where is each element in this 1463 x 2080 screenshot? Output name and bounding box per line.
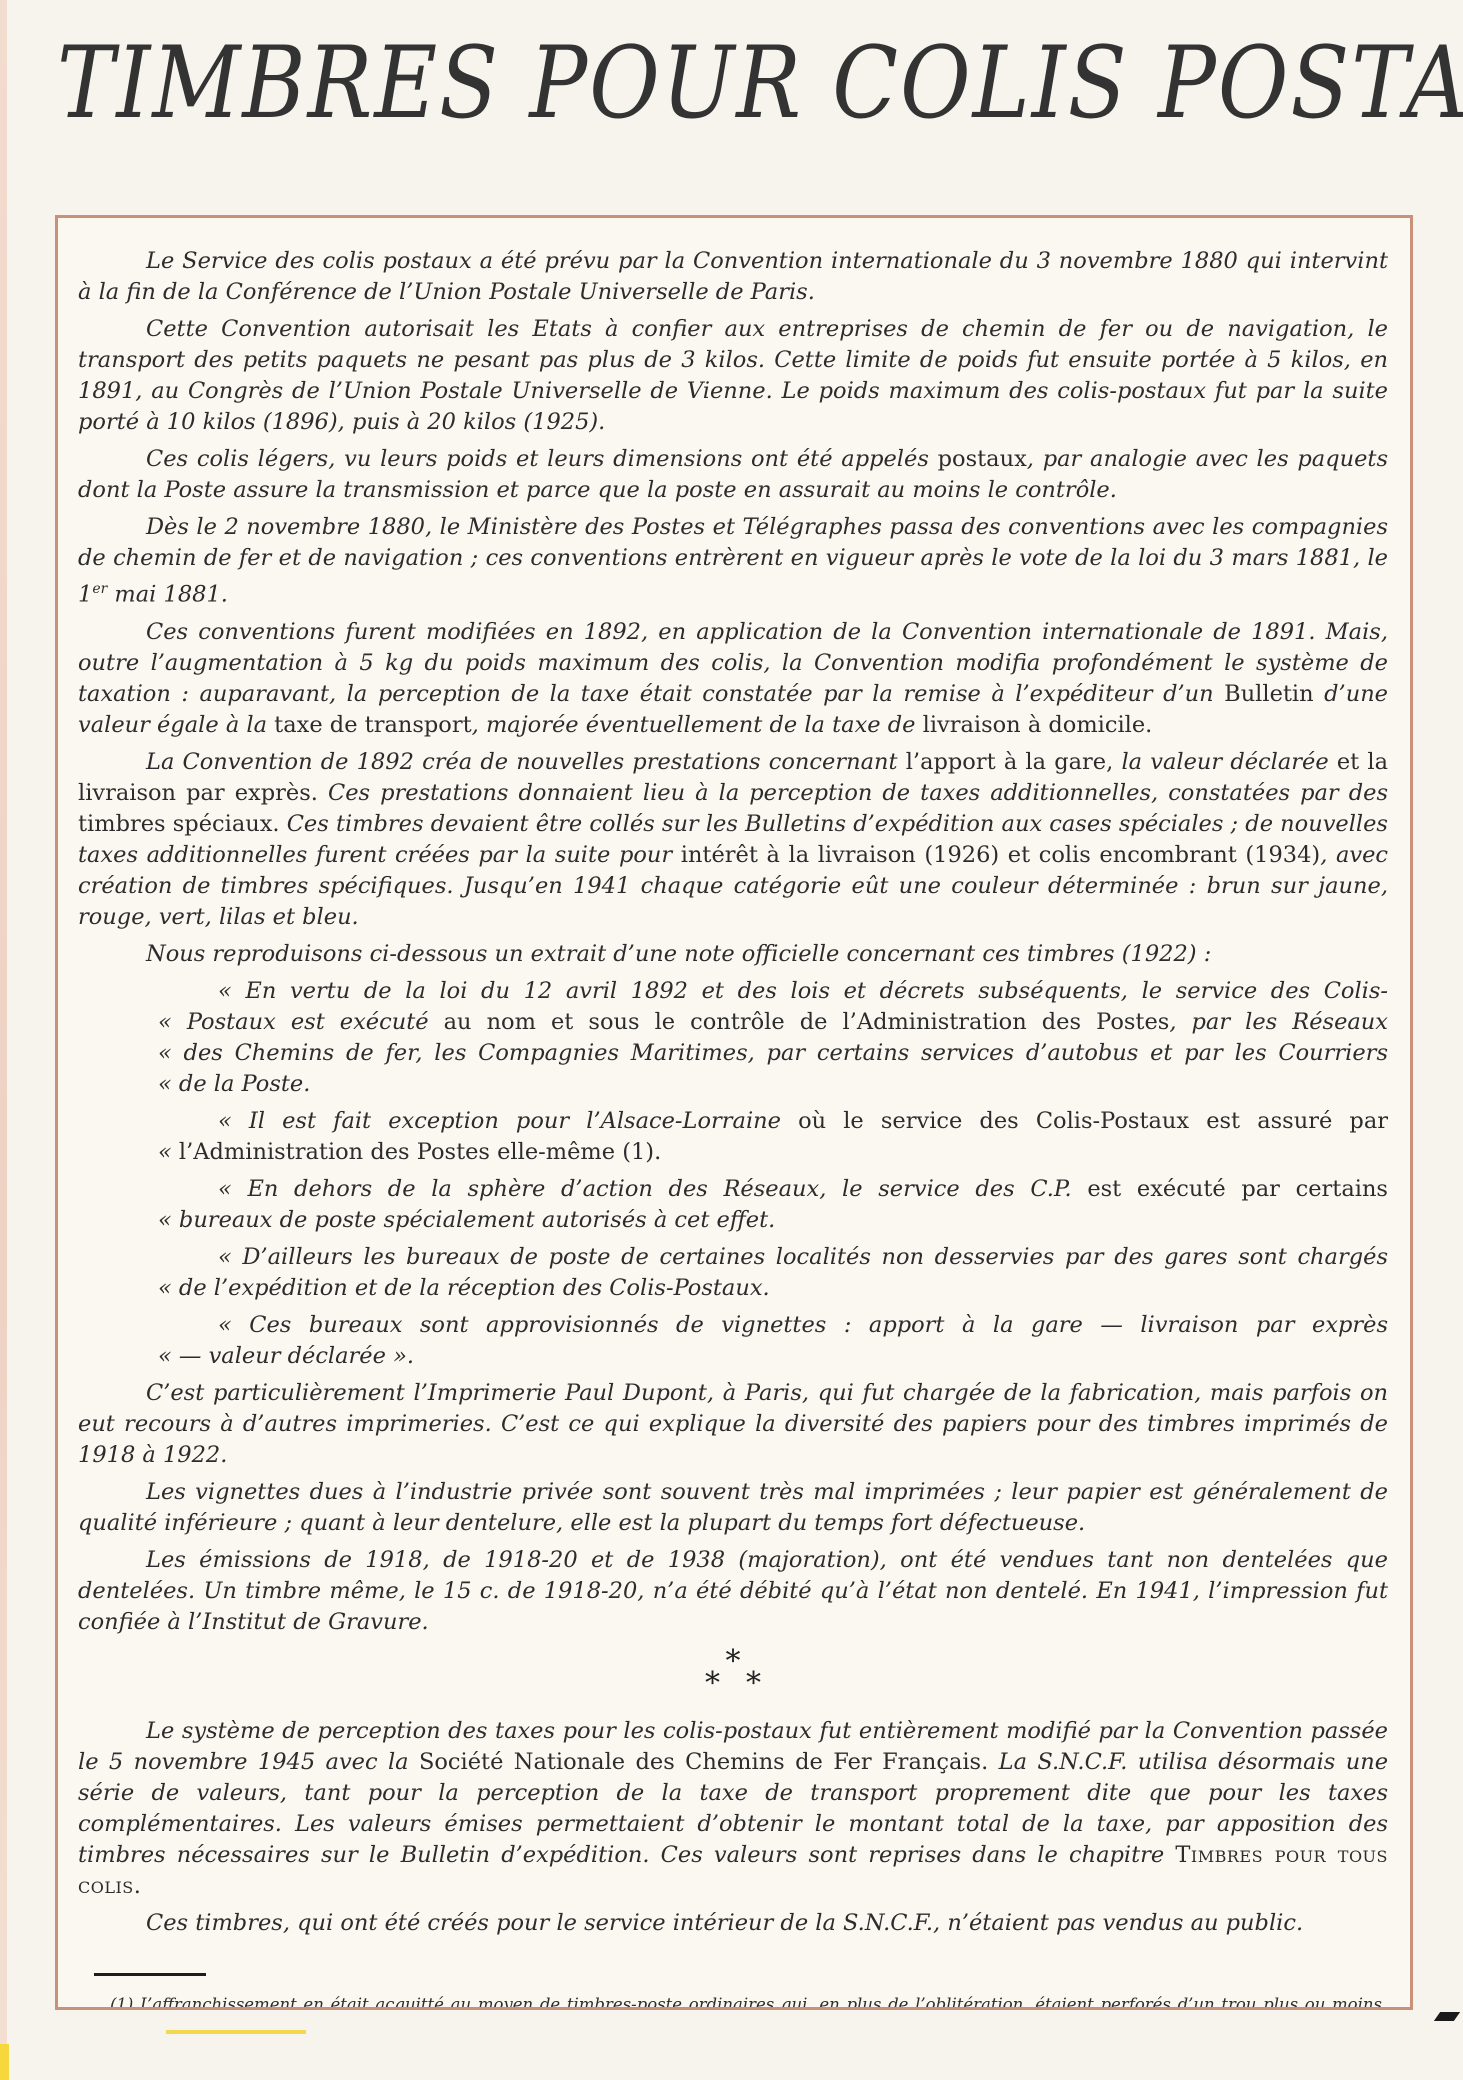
text-segment: Dès le 2 novembre 1880, le Ministère des… — [78, 514, 1388, 608]
quote-line: « Il est fait exception pour l’Alsace-Lo… — [158, 1106, 1388, 1137]
text-segment: « de l’expédition et de la réception des… — [158, 1275, 770, 1301]
text-segment: postaux — [938, 446, 1027, 472]
footnote-rule — [94, 1973, 206, 1976]
paragraph: Ces timbres, qui ont été créés pour le s… — [78, 1908, 1388, 1939]
page-title: TIMBRES POUR COLIS POSTAUX — [57, 26, 1463, 141]
text-segment: livraison à domicile. — [923, 712, 1153, 738]
paragraph: Nous reproduisons ci-dessous un extrait … — [78, 939, 1388, 970]
quote-paragraph: « Ces bureaux sont approvisionnés de vig… — [158, 1310, 1388, 1372]
text-segment: la valeur déclarée — [1113, 749, 1337, 775]
paragraph: Les vignettes dues à l’industrie privée … — [78, 1477, 1388, 1539]
text-segment: La Convention de 1892 créa de nouvelles … — [146, 749, 906, 775]
paragraph: Le Service des colis postaux a été prévu… — [78, 246, 1388, 308]
text-segment: mai 1881. — [107, 582, 228, 608]
text-segment: « bureaux de poste spécialement autorisé… — [158, 1207, 775, 1233]
text-segment: C’est particulièrement l’Imprimerie Paul… — [78, 1380, 1388, 1468]
quote-line: « D’ailleurs les bureaux de poste de cer… — [158, 1242, 1388, 1273]
text-segment: l’Administration des Postes elle-même (1… — [179, 1139, 661, 1165]
text-segment: « des Chemins de fer, les Compagnies Mar… — [158, 1040, 1388, 1066]
paragraph: Le système de perception des taxes pour … — [78, 1716, 1388, 1902]
asterism-divider: *** — [78, 1652, 1388, 1696]
text-segment: Ces timbres, qui ont été créés pour le s… — [146, 1910, 1303, 1936]
text-segment: Cette Convention autorisait les Etats à … — [78, 316, 1388, 435]
text-segment: Les émissions de 1918, de 1918-20 et de … — [78, 1547, 1388, 1635]
quote-line: « En vertu de la loi du 12 avril 1892 et… — [158, 976, 1388, 1007]
text-segment: taxe de transport — [274, 712, 471, 738]
paragraph: Les émissions de 1918, de 1918-20 et de … — [78, 1545, 1388, 1638]
superscript: er — [92, 581, 107, 597]
page-number-partial — [1434, 2012, 1460, 2021]
text-segment: intérêt à la livraison (1926) et colis e… — [681, 842, 1320, 868]
scan-edge-yellow — [0, 2044, 9, 2080]
text-segment: , majorée éventuellement de la taxe de — [472, 712, 923, 738]
text-segment: « Il est fait exception pour l’Alsace-Lo… — [218, 1108, 798, 1134]
text-segment: « de la Poste. — [158, 1071, 310, 1097]
text-segment: « En dehors de la sphère d’action des Ré… — [218, 1176, 1087, 1202]
paragraph: C’est particulièrement l’Imprimerie Paul… — [78, 1378, 1388, 1471]
text-segment: Bulletin — [1224, 681, 1313, 707]
text-segment: où le service des Colis-Postaux est assu… — [798, 1108, 1388, 1134]
text-segment: « Postaux est exécuté — [158, 1009, 444, 1035]
text-segment: Ces colis légers, vu leurs poids et leur… — [146, 446, 938, 472]
content-blocks: Le Service des colis postaux a été prévu… — [78, 246, 1388, 1939]
quote-paragraph: « En dehors de la sphère d’action des Ré… — [158, 1174, 1388, 1236]
paragraph: Ces conventions furent modifiées en 1892… — [78, 617, 1388, 741]
text-segment: , par les Réseaux — [1169, 1009, 1388, 1035]
quote-line: « de la Poste. — [158, 1069, 1388, 1100]
quote-line: « bureaux de poste spécialement autorisé… — [158, 1205, 1388, 1236]
paragraph: Dès le 2 novembre 1880, le Ministère des… — [78, 512, 1388, 611]
quote-line: « des Chemins de fer, les Compagnies Mar… — [158, 1038, 1388, 1069]
text-segment: est exécuté par certains — [1087, 1176, 1388, 1202]
text-segment: Ces prestations donnaient lieu à la perc… — [318, 780, 1388, 806]
text-segment: timbres spéciaux. — [78, 811, 280, 837]
text-segment: « En vertu de la loi du 12 avril 1892 et… — [218, 978, 1388, 1004]
quote-line: « de l’expédition et de la réception des… — [158, 1273, 1388, 1304]
footnote: (1) L’affranchissement en était acquitté… — [78, 1992, 1388, 2011]
quote-line: « l’Administration des Postes elle-même … — [158, 1137, 1388, 1168]
text-segment: « — [158, 1139, 179, 1165]
quote-line: « En dehors de la sphère d’action des Ré… — [158, 1174, 1388, 1205]
quote-paragraph: « D’ailleurs les bureaux de poste de cer… — [158, 1242, 1388, 1304]
paragraph: Ces colis légers, vu leurs poids et leur… — [78, 444, 1388, 506]
text-segment: Ces conventions furent modifiées en 1892… — [78, 619, 1388, 707]
scan-edge-left — [0, 0, 7, 2080]
text-segment: Le Service des colis postaux a été prévu… — [78, 248, 1388, 305]
scanned-page: TIMBRES POUR COLIS POSTAUX Le Service de… — [0, 0, 1463, 2080]
text-segment: « D’ailleurs les bureaux de poste de cer… — [218, 1244, 1388, 1270]
paragraph: La Convention de 1892 créa de nouvelles … — [78, 747, 1388, 933]
quote-line: « — valeur déclarée ». — [158, 1341, 1388, 1372]
text-segment: au nom et sous le contrôle de l’Administ… — [444, 1009, 1170, 1035]
text-segment: « — valeur déclarée ». — [158, 1343, 414, 1369]
text-segment: Les vignettes dues à l’industrie privée … — [78, 1479, 1388, 1536]
quote-paragraph: « En vertu de la loi du 12 avril 1892 et… — [158, 976, 1388, 1100]
text-segment: « Ces bureaux sont approvisionnés de vig… — [218, 1312, 1388, 1338]
content-frame: Le Service des colis postaux a été prévu… — [55, 215, 1413, 2010]
scan-bottom-sliver — [166, 2030, 306, 2034]
asterism-bottom: ** — [78, 1672, 1388, 1696]
paragraph: Cette Convention autorisait les Etats à … — [78, 314, 1388, 438]
quote-line: « Ces bureaux sont approvisionnés de vig… — [158, 1310, 1388, 1341]
quote-line: « Postaux est exécuté au nom et sous le … — [158, 1007, 1388, 1038]
text-segment: l’apport à la gare, — [906, 749, 1114, 775]
text-segment: Nous reproduisons ci-dessous un extrait … — [146, 941, 1211, 967]
text-segment: Société Nationale des Chemins de Fer Fra… — [419, 1749, 988, 1775]
quote-paragraph: « Il est fait exception pour l’Alsace-Lo… — [158, 1106, 1388, 1168]
